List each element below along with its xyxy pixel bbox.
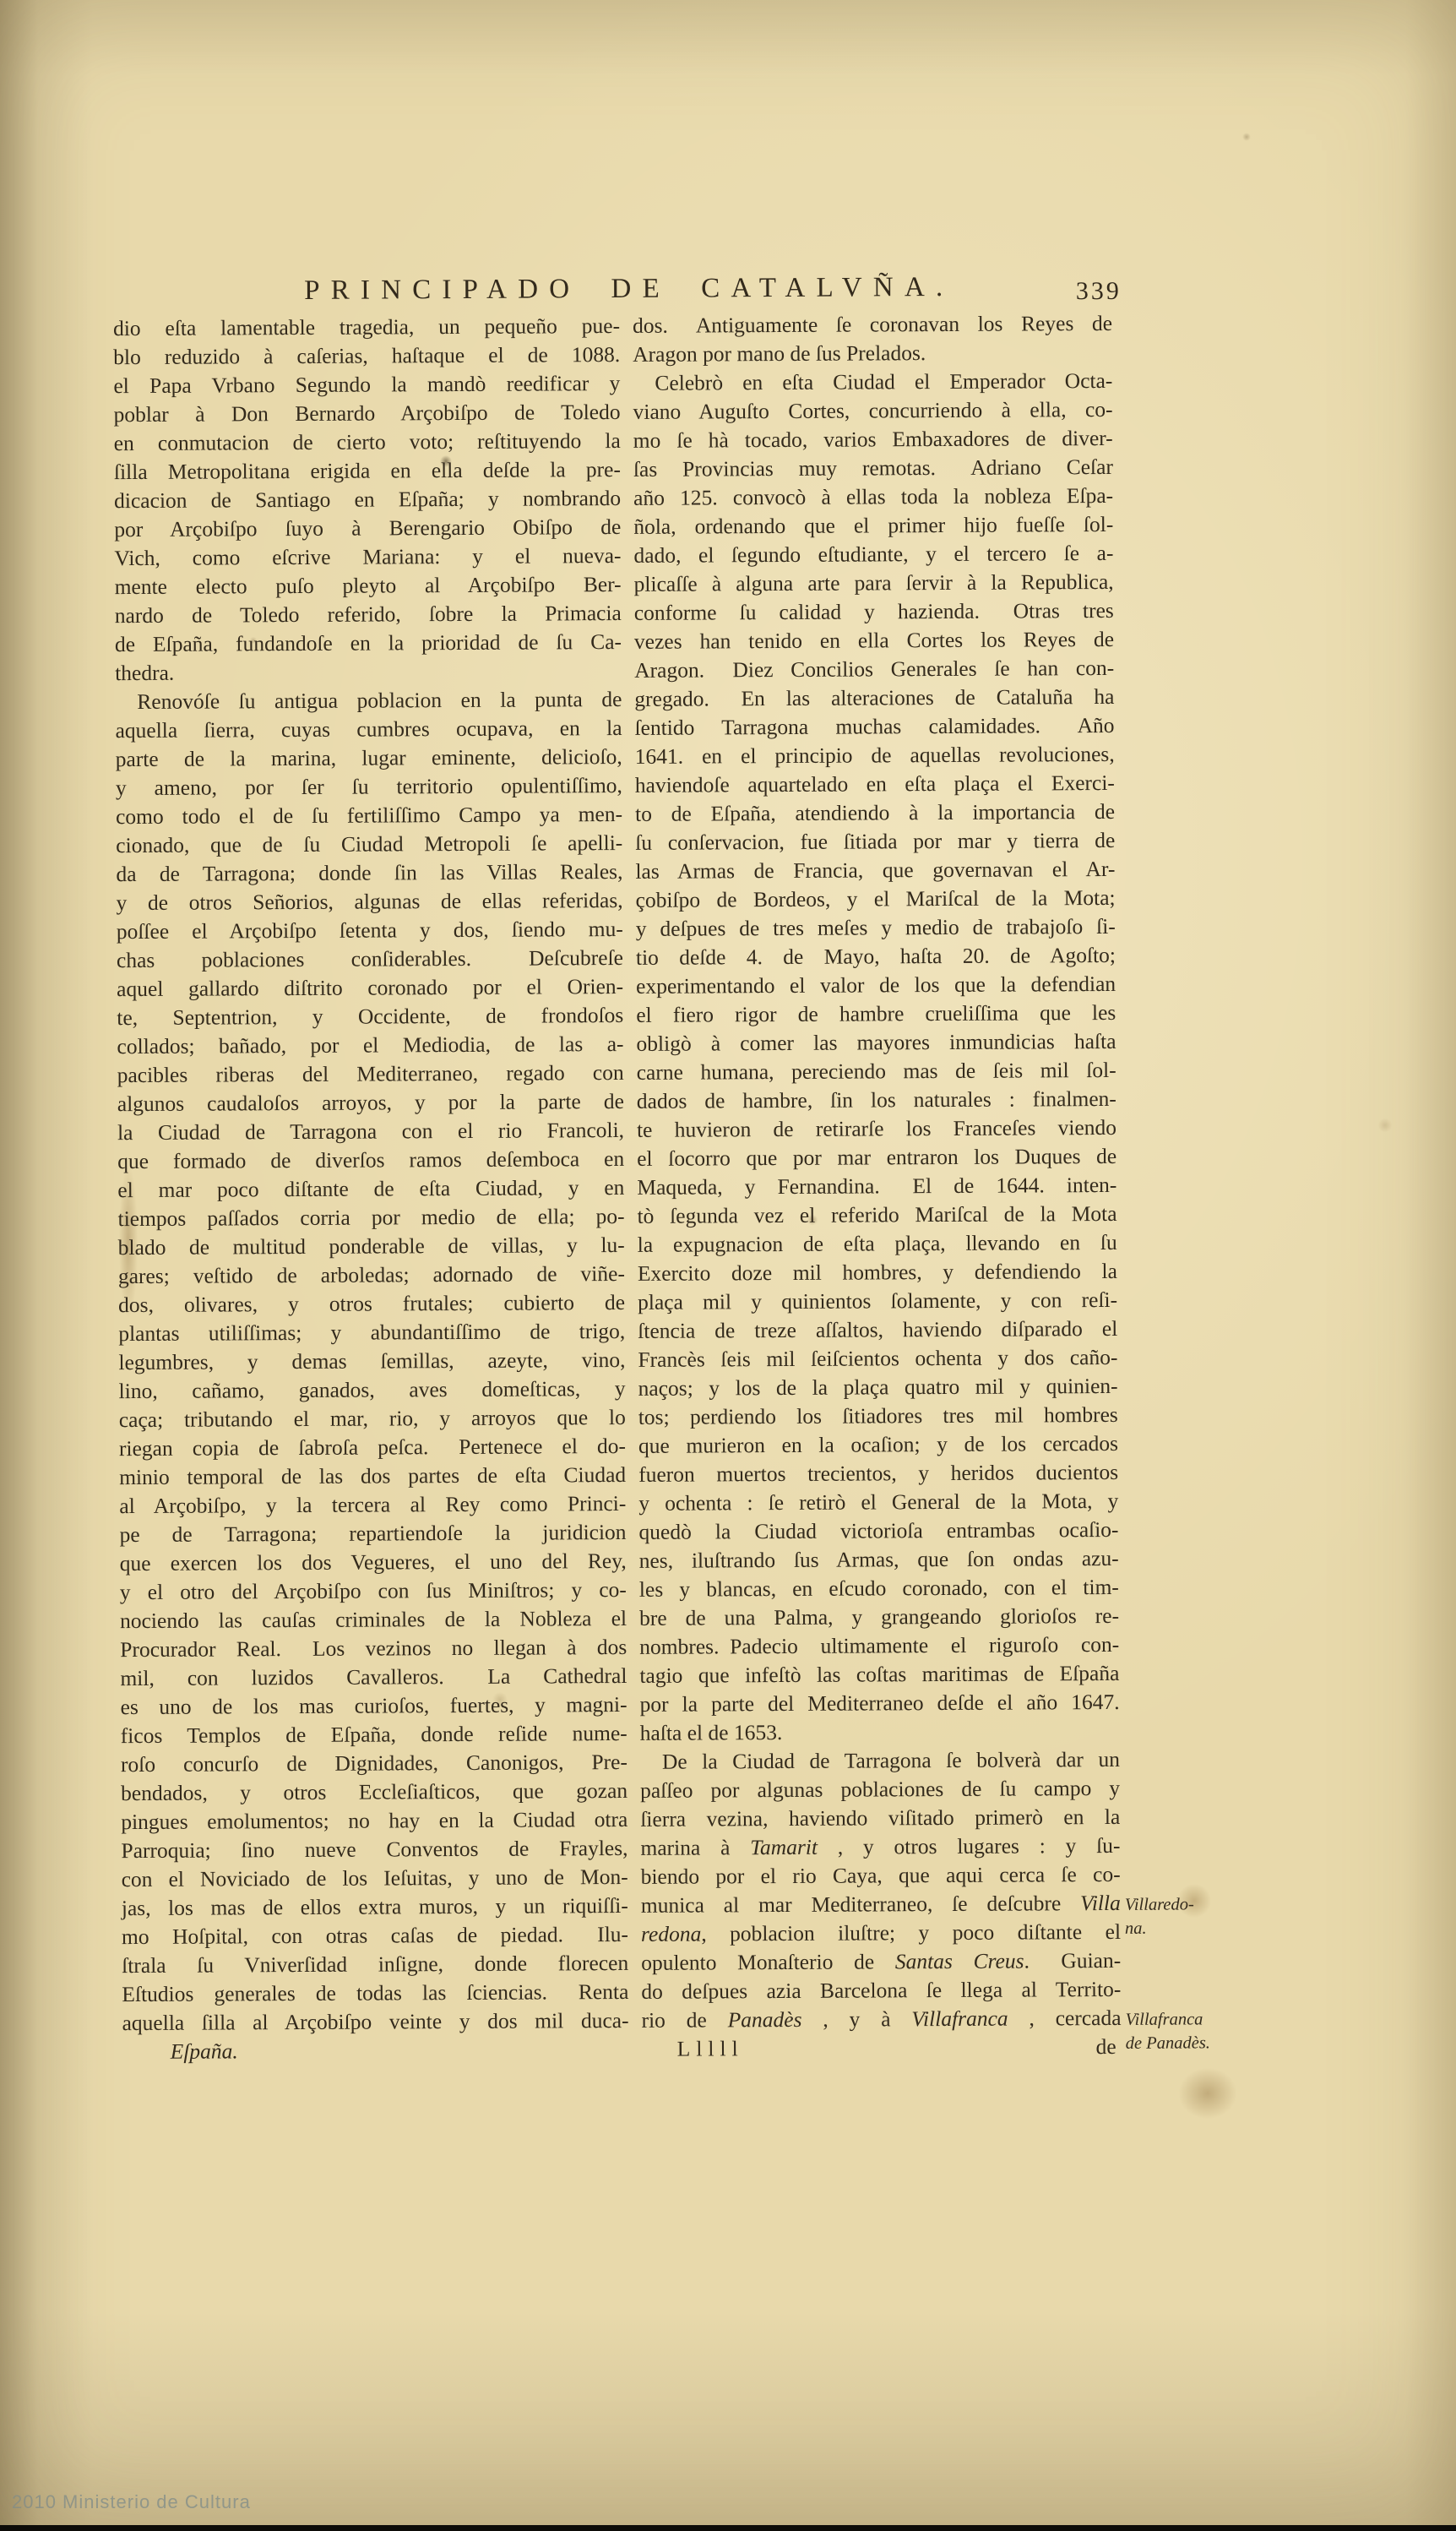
text-line: jas, los mas de ellos extra muros, y un …: [122, 1891, 628, 1923]
margin-note-line: Villafranca: [1125, 2007, 1277, 2032]
text-line: las Armas de Francia, que governavan el …: [635, 855, 1115, 886]
text-line: y el otro del Arçobiſpo con ſus Miniſtro…: [120, 1576, 627, 1607]
text-line: pe de Tarragona; repartiendoſe la juridi…: [119, 1518, 626, 1549]
text-line: ſilla Metropolitana erigida en ella deſd…: [114, 455, 621, 487]
text-line: opulento Monaſterio de Santas Creus. Gui…: [641, 1946, 1121, 1978]
text-line: munica al mar Mediterraneo, ſe deſcubre …: [641, 1889, 1121, 1920]
text-line: que formado de diverſos ramos deſemboca …: [117, 1145, 624, 1176]
text-line: Aragon. Diez Concilios Generales ſe han …: [634, 654, 1114, 685]
text-line: Renovóſe ſu antigua poblacion en la punt…: [115, 685, 622, 716]
text-line: Aragon por mano de ſus Prelados.: [633, 338, 1112, 369]
text-line: obligò à comer las mayores inmundicias h…: [636, 1027, 1116, 1059]
catchword: Eſpaña.: [171, 2035, 629, 2066]
text-line: mo ſe hà tocado, varios Embaxadores de d…: [633, 424, 1113, 455]
text-line: dio eſta lamentable tragedia, un pequeño…: [113, 312, 620, 343]
text-line: el ſocorro que por mar entraron los Duqu…: [637, 1142, 1116, 1173]
text-line: el Papa Vrbano Segundo la mandò reedific…: [113, 369, 620, 400]
text-line: tos; perdiendo los ſitiadores tres mil h…: [638, 1401, 1118, 1432]
text-line: haviendoſe aquartelado en eſta plaça el …: [635, 769, 1115, 800]
text-line: Vich, como eſcrive Mariana: y el nueva-: [114, 542, 621, 573]
text-line: plaça mil y quinientos ſolamente, y con …: [638, 1286, 1117, 1317]
text-line: cionado, que de ſu Ciudad Metropoli ſe a…: [116, 829, 622, 860]
text-line: roſo concurſo de Dignidades, Canonigos, …: [121, 1748, 627, 1779]
margin-note: Villaredo- na.: [1125, 1892, 1277, 1940]
text-line: poſſee el Arçobiſpo ſetenta y dos, ſiend…: [117, 915, 623, 946]
catchword: de: [1096, 2033, 1116, 2061]
text-line: blo reduzido à caſerias, haſtaque el de …: [113, 340, 620, 372]
text-line: tagio que infeſtò las coſtas maritimas d…: [639, 1659, 1119, 1690]
text-line: tò ſegunda vez el referido Mariſcal de l…: [637, 1200, 1116, 1231]
text-line: carne humana, pereciendo mas de ſeis mil…: [637, 1056, 1116, 1087]
text-line: les y blancas, en eſcudo coronado, con e…: [639, 1573, 1119, 1604]
text-line: riegan copia de ſabroſa peſca. Pertenece…: [119, 1432, 626, 1463]
text-line: De la Ciudad de Tarragona ſe bolverà dar…: [640, 1745, 1120, 1777]
text-line: plantas utiliſſimas; y abundantiſſimo de…: [118, 1317, 625, 1348]
text-line: aquella ſierra, cuyas cumbres ocupava, e…: [115, 714, 622, 745]
text-line: parte de la marina, lugar eminente, deli…: [116, 743, 622, 774]
scan-edge-bottom: [0, 2525, 1456, 2531]
text-block: PRINCIPADO DE CATALVÑA. 339 dio eſta lam…: [0, 0, 1456, 2531]
page-number: 339: [1076, 277, 1122, 306]
text-line: algunos caudaloſos arroyos, y por la par…: [117, 1087, 624, 1119]
text-line: año 125. convocò à ellas toda la nobleza…: [633, 482, 1113, 513]
signature-line: Lllll de: [642, 2033, 1122, 2064]
text-line: poblar à Don Bernardo Arçobiſpo de Toled…: [113, 398, 620, 429]
margin-note-line: de Panadès.: [1126, 2031, 1278, 2055]
text-line: la expugnacion de eſta plaça, llevando e…: [638, 1228, 1117, 1260]
scanned-book-page: { "colors": { "paper": "#e8d9ab", "ink":…: [0, 0, 1456, 2531]
text-line: fueron muertos trecientos, y heridos duc…: [638, 1458, 1118, 1489]
text-line: el fiero rigor de hambre crueliſſima que…: [636, 999, 1116, 1030]
text-line: Maqueda, y Fernandina. El de 1644. inten…: [637, 1171, 1116, 1202]
running-header: PRINCIPADO DE CATALVÑA.: [144, 268, 1115, 310]
text-line: marina à Tamarit , y otros lugares : y ſ…: [640, 1832, 1120, 1863]
text-line: mil, con luzidos Cavalleros. La Cathedra…: [120, 1662, 627, 1693]
text-line: haſta el de 1653.: [640, 1717, 1120, 1748]
text-line: de Eſpaña, fundandoſe en la prioridad de…: [115, 628, 622, 659]
text-line: nociendo las cauſas criminales de la Nob…: [120, 1604, 627, 1636]
text-line: que murieron en la ocaſion; y de los cer…: [638, 1429, 1118, 1461]
text-line: dado, el ſegundo eſtudiante, y el tercer…: [633, 539, 1113, 570]
text-line: Francès ſeis mil ſeiſcientos ochenta y d…: [638, 1343, 1117, 1374]
text-line: experimentando el valor de los que la de…: [636, 970, 1116, 1001]
text-line: bendados, y otros Eccleſiaſticos, que go…: [121, 1777, 627, 1808]
text-line: Celebrò en eſta Ciudad el Emperador Octa…: [633, 367, 1112, 398]
text-line: te huvieron de retirarſe los Franceſes v…: [637, 1113, 1116, 1145]
text-line: por la parte del Mediterraneo deſde el a…: [639, 1688, 1119, 1719]
text-line: aquella ſilla al Arçobiſpo veinte y dos …: [122, 2006, 628, 2038]
text-line: chas poblaciones conſiderables. Deſcubre…: [117, 944, 623, 975]
text-line: te, Septentrion, y Occidente, de frondoſ…: [117, 1001, 623, 1032]
text-line: mente electo puſo pleyto al Arçobiſpo Be…: [115, 570, 622, 601]
text-line: dicacion de Santiago en Eſpaña; y nombra…: [114, 484, 621, 515]
text-line: y de otros Señorios, algunas de ellas re…: [117, 886, 623, 917]
text-line: en conmutacion de cierto voto; reſtituye…: [114, 427, 621, 458]
signature-mark: Lllll: [677, 2034, 744, 2063]
text-line: gregado. En las alteraciones de Cataluña…: [634, 683, 1114, 714]
text-line: y ameno, por ſer ſu territorio opulentiſ…: [116, 771, 622, 803]
text-line: thedra.: [115, 656, 622, 688]
text-line: dos, olivares, y otros frutales; cubiert…: [118, 1288, 625, 1320]
text-line: paſſeo por algunas poblaciones de ſu cam…: [640, 1774, 1120, 1805]
text-column-left: dio eſta lamentable tragedia, un pequeño…: [113, 312, 629, 2066]
text-line: çobiſpo de Bordeos, y el Mariſcal de la …: [636, 884, 1116, 915]
text-line: pingues emolumentos; no hay en la Ciudad…: [121, 1805, 627, 1837]
text-line: lino, cañamo, ganados, aves domeſticas, …: [119, 1374, 626, 1406]
text-line: ſierra vezina, haviendo viſitado primerò…: [640, 1803, 1120, 1834]
text-line: dados de hambre, ſin los naturales : fin…: [637, 1085, 1116, 1116]
text-line: to de Eſpaña, atendiendo à la importanci…: [635, 797, 1115, 829]
text-line: bre de una Palma, y grangeando glorioſos…: [639, 1602, 1119, 1633]
text-line: naços; y los de la plaça quatro mil y qu…: [638, 1372, 1118, 1403]
text-line: do deſpues azia Barcelona ſe llega al Te…: [641, 1975, 1121, 2006]
text-line: y ochenta : ſe retirò el General de la M…: [638, 1487, 1118, 1518]
text-line: ficos Templos de Eſpaña, donde reſide nu…: [121, 1719, 627, 1750]
text-column-right: dos. Antiguamente ſe coronavan los Reyes…: [633, 309, 1122, 2064]
text-line: con el Noviciado de los Ieſuitas, y uno …: [122, 1863, 628, 1894]
margin-note-line: Villaredo-: [1125, 1892, 1277, 1917]
text-line: caça; tributando el mar, rio, y arroyos …: [119, 1403, 626, 1434]
margin-note: Villafranca de Panadès.: [1125, 2007, 1277, 2055]
text-line: collados; bañado, por el Mediodia, de la…: [117, 1030, 623, 1061]
text-line: quedò la Ciudad victorioſa entrambas oca…: [638, 1516, 1118, 1547]
text-line: que exercen los dos Vegueres, el uno del…: [120, 1547, 627, 1578]
text-line: ſtrala ſu Vniverſidad inſigne, donde flo…: [122, 1949, 628, 1980]
column-lines-left: dio eſta lamentable tragedia, un pequeño…: [113, 312, 629, 2038]
text-line: vezes han tenido en ella Cortes los Reye…: [634, 625, 1114, 656]
text-line: 1641. en el principio de aquellas revolu…: [635, 740, 1115, 771]
text-line: aquel gallardo diſtrito coronado por el …: [117, 972, 623, 1004]
text-line: como todo el de ſu fertiliſſimo Campo ya…: [116, 800, 622, 831]
text-line: biendo por el rio Caya, que aqui cerca ſ…: [641, 1860, 1121, 1891]
watermark: 2010 Ministerio de Cultura: [12, 2491, 251, 2513]
text-line: tio deſde 4. de Mayo, haſta 20. de Agoſt…: [636, 941, 1116, 972]
margin-note-line: na.: [1125, 1916, 1277, 1940]
column-lines-right: dos. Antiguamente ſe coronavan los Reyes…: [633, 309, 1122, 2035]
text-line: ſentido Tarragona muchas calamidades. Añ…: [634, 711, 1114, 743]
text-line: ſu conſervacion, fue ſitiada por mar y t…: [635, 826, 1115, 857]
text-line: legumbres, y demas ſemillas, azeyte, vin…: [118, 1346, 625, 1377]
text-line: ñola, ordenando que el primer hijo fueſſ…: [633, 510, 1113, 542]
text-line: gares; veſtido de arboledas; adornado de…: [118, 1260, 625, 1291]
text-line: nardo de Toledo referido, ſobre la Prima…: [115, 599, 622, 630]
text-line: redona, poblacion iluſtre; y poco diſtan…: [641, 1918, 1121, 1949]
text-line: mo Hoſpital, con otras caſas de piedad. …: [122, 1920, 628, 1951]
text-line: al Arçobiſpo, y la tercera al Rey como P…: [119, 1489, 626, 1521]
text-line: conforme ſu calidad y hazienda. Otras tr…: [634, 596, 1114, 628]
text-line: nes, iluſtrando ſus Armas, que ſon ondas…: [639, 1544, 1119, 1576]
text-line: da de Tarragona; donde ſin las Villas Re…: [116, 857, 622, 889]
text-line: viano Auguſto Cortes, concurriendo à ell…: [633, 395, 1112, 427]
text-line: tiempos paſſados corria por medio de ell…: [117, 1202, 624, 1233]
text-line: Procurador Real. Los vezinos no llegan à…: [120, 1633, 627, 1664]
text-line: la Ciudad de Tarragona con el rio Franco…: [117, 1116, 624, 1147]
text-line: Parroquia; ſino nueve Conventos de Frayl…: [121, 1834, 627, 1865]
text-line: ſtencia de treze aſſaltos, haviendo diſp…: [638, 1314, 1117, 1346]
text-line: el mar poco diſtante de eſta Ciudad, y e…: [117, 1173, 624, 1205]
text-line: pacibles riberas del Mediterraneo, regad…: [117, 1059, 624, 1090]
text-line: rio de Panadès , y à Villafranca , cerca…: [641, 2004, 1121, 2035]
text-line: dos. Antiguamente ſe coronavan los Reyes…: [633, 309, 1112, 340]
text-line: plicaſſe à alguna arte para ſervir à la …: [634, 568, 1114, 599]
text-line: y deſpues de tres meſes y medio de traba…: [636, 912, 1116, 944]
text-line: es uno de los mas curioſos, fuertes, y m…: [121, 1690, 627, 1722]
text-line: blado de multitud ponderable de villas, …: [118, 1231, 625, 1262]
text-line: por Arçobiſpo ſuyo à Berengario Obiſpo d…: [114, 513, 621, 544]
text-line: nombres. Padecio ultimamente el riguroſo…: [639, 1630, 1119, 1662]
text-line: ſas Provincias muy remotas. Adriano Ceſa…: [633, 453, 1113, 484]
text-line: minio temporal de las dos partes de eſta…: [119, 1461, 626, 1492]
text-line: Eſtudios generales de todas las ſciencia…: [122, 1978, 628, 2009]
text-line: Exercito doze mil hombres, y defendiendo…: [638, 1257, 1117, 1288]
